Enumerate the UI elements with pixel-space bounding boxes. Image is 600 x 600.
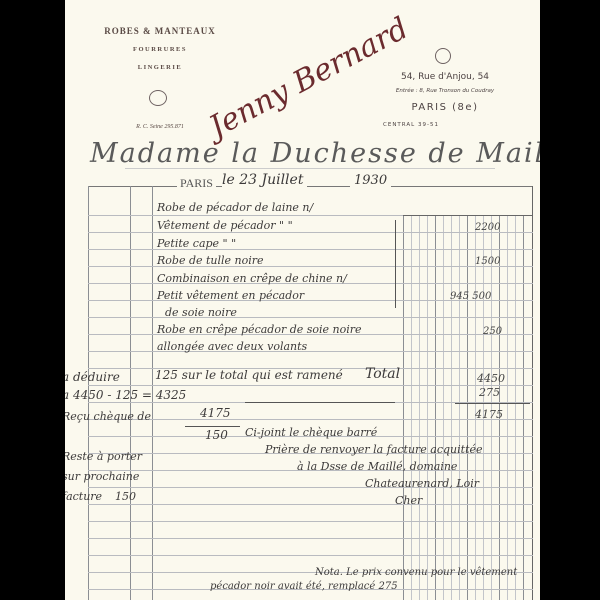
rule-line [88,538,533,539]
amount-col-line [427,215,428,600]
phone-line: CENTRAL 39-51 [383,122,439,128]
amount-col-line [523,215,524,600]
item-description: Combinaison en crêpe de chine n/ [157,272,347,285]
deduction-calc: a 4450 - 125 = 4325 [65,388,186,402]
total-label: Total [365,366,400,382]
item-amount: 945 500 [450,291,491,302]
letterhead-left-line1: ROBES & MANTEAUX [80,26,240,36]
remaining-label-1: Reste à porter [65,450,142,463]
footer-note-line-1: Nota. Le prix convenu pour le vêtement [315,567,517,578]
item-description: Robe en crêpe pécador de soie noire [157,323,362,336]
addressee: Madame la Duchesse de Maillé Doit [90,138,540,169]
rule-line [88,385,533,386]
amount-col-line [435,215,436,600]
received-underline [185,426,240,427]
date-rule [88,186,533,187]
letterhead-left-line3: LINGERIE [80,64,240,71]
item-description: Petit vêtement en pécador [157,289,304,302]
remaining-amount: 150 [115,490,136,503]
amount-col-line [515,215,516,600]
total-minus: 275 [479,386,500,399]
item-description: allongée avec deux volants [157,340,307,353]
amount-col-line [419,215,420,600]
item-description: de soie noire [165,306,237,319]
total-underline [245,402,395,403]
rule-line [88,232,533,233]
art-deco-emblem-icon-right [435,48,451,64]
rule-line [88,521,533,522]
address-line: 54, Rue d'Anjou, 54 [365,72,525,82]
date-value: le 23 Juillet [222,172,307,188]
rule-line [88,215,403,216]
amount-col-line [467,215,468,600]
entrance-line: Entrée : 8, Rue Tronson du Coudray [365,88,525,94]
amount-col-line [459,215,460,600]
art-deco-emblem-icon [149,90,167,106]
amount-grid-top [403,215,533,216]
item-description: Petite cape " " [157,237,236,250]
item-amount: 1500 [475,256,500,267]
totals-rule [455,403,530,404]
rule-line [88,351,533,352]
rule-line [88,249,533,250]
addressee-underline [125,168,495,169]
note-line-1: Ci-joint le chèque barré [245,426,377,439]
received-amount: 4175 [200,406,231,420]
item-description: Vêtement de pécador " " [157,219,293,232]
received-label: Reçu chèque de [65,410,151,423]
rule-line [88,555,533,556]
rule-line [88,419,533,420]
items-bracket [392,220,396,308]
deduction-text: 125 sur le total qui est ramené [155,368,343,382]
city-line: PARIS (8e) [365,102,525,113]
amount-col-line [411,215,412,600]
amount-col-line [451,215,452,600]
letterhead-left-line2: FOURRURES [80,46,240,53]
note-line-5: Cher [395,494,422,507]
invoice-page: ROBES & MANTEAUX FOURRURES LINGERIE R. C… [65,0,540,600]
rule-line [88,266,533,267]
date-prefix: PARIS [177,176,216,191]
amount-col-line [507,215,508,600]
total-gross: 4450 [477,372,505,385]
amount-col-line [443,215,444,600]
rule-line [88,504,533,505]
date-year: 1930 [350,173,391,188]
note-line-4: Chateaurenard, Loir [365,477,479,490]
item-amount: 2200 [475,222,500,233]
remaining-label-3: facture [65,490,102,503]
item-amount: 250 [483,326,502,337]
note-line-2: Prière de renvoyer la facture acquittée [265,443,483,456]
item-description: Robe de pécador de laine n/ [157,201,313,214]
deduction-label: a déduire [65,370,120,384]
note-line-3: à la Dsse de Maillé, domaine [297,460,457,473]
total-net: 4175 [475,408,503,421]
rule-line [88,317,533,318]
remaining-label-2: sur prochaine [65,470,139,483]
amount-col-left [403,215,404,600]
footer-note-line-2: pécador noir avait été, remplacé 275 [210,581,398,592]
item-description: Robe de tulle noire [157,254,264,267]
difference-amount: 150 [205,428,228,442]
